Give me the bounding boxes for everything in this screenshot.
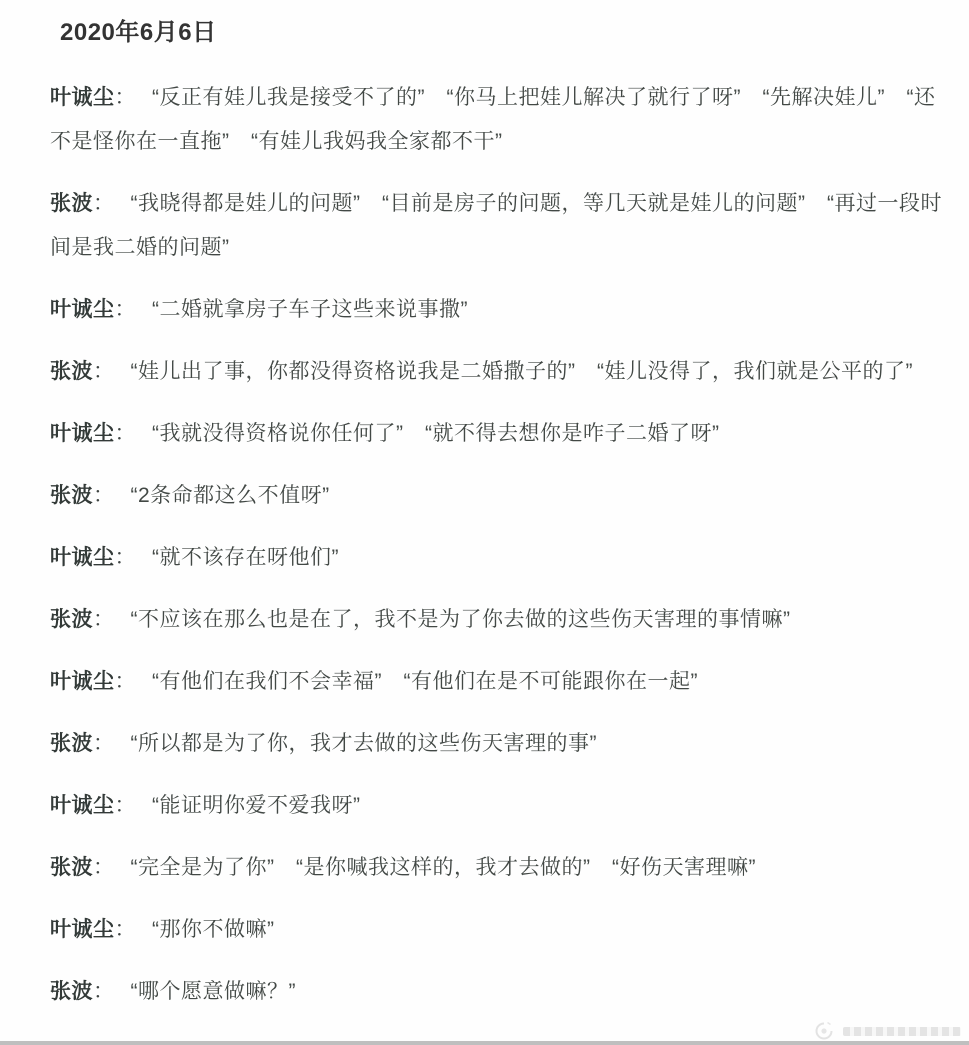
speaker-colon: ： xyxy=(93,192,115,215)
speaker-name: 张波 xyxy=(50,608,93,631)
quoted-speech: “2条命都这么不值呀” xyxy=(131,484,330,507)
speaker-colon: ： xyxy=(93,360,115,383)
quoted-speech: “所以都是为了你，我才去做的这些伤天害理的事” xyxy=(131,732,598,755)
quoted-speech: “能证明你爱不爱我呀” xyxy=(152,794,361,817)
dialogue-paragraph: 张波：“娃儿出了事，你都没得资格说我是二婚撒子的” “娃儿没得了，我们就是公平的… xyxy=(50,350,947,394)
quoted-speech: “就不该存在呀他们” xyxy=(152,546,339,569)
dialogue-paragraph: 张波：“完全是为了你” “是你喊我这样的，我才去做的” “好伤天害理嘛” xyxy=(50,846,947,890)
quoted-speech: “反正有娃儿我是接受不了的” “你马上把娃儿解决了就行了呀” “先解决娃儿” “… xyxy=(50,86,935,153)
quoted-speech: “我就没得资格说你任何了” “就不得去想你是咋子二婚了呀” xyxy=(152,422,719,445)
speaker-name: 张波 xyxy=(50,192,93,215)
dialogue-paragraph: 叶诚尘：“二婚就拿房子车子这些来说事撒” xyxy=(50,288,947,332)
dialogue-paragraph: 叶诚尘：“那你不做嘛” xyxy=(50,908,947,952)
speaker-colon: ： xyxy=(93,856,115,879)
speaker-colon: ： xyxy=(93,484,115,507)
dialogue-paragraph: 叶诚尘：“就不该存在呀他们” xyxy=(50,536,947,580)
speaker-colon: ： xyxy=(115,670,137,693)
watermark-text-illegible xyxy=(843,1027,961,1036)
speaker-name: 张波 xyxy=(50,360,93,383)
dialogue-list: 叶诚尘：“反正有娃儿我是接受不了的” “你马上把娃儿解决了就行了呀” “先解决娃… xyxy=(50,76,947,1014)
weibo-camera-icon xyxy=(813,1020,835,1042)
dialogue-paragraph: 叶诚尘：“反正有娃儿我是接受不了的” “你马上把娃儿解决了就行了呀” “先解决娃… xyxy=(50,76,947,164)
dialogue-paragraph: 张波：“我晓得都是娃儿的问题” “目前是房子的问题，等几天就是娃儿的问题” “再… xyxy=(50,182,947,270)
dialogue-paragraph: 张波：“2条命都这么不值呀” xyxy=(50,474,947,518)
speaker-colon: ： xyxy=(115,546,137,569)
dialogue-paragraph: 张波：“不应该在那么也是在了，我不是为了你去做的这些伤天害理的事情嘛” xyxy=(50,598,947,642)
quoted-speech: “完全是为了你” “是你喊我这样的，我才去做的” “好伤天害理嘛” xyxy=(131,856,756,879)
speaker-name: 叶诚尘 xyxy=(50,86,115,109)
speaker-colon: ： xyxy=(115,918,137,941)
speaker-name: 叶诚尘 xyxy=(50,422,115,445)
quoted-speech: “那你不做嘛” xyxy=(152,918,275,941)
speaker-name: 叶诚尘 xyxy=(50,918,115,941)
quoted-speech: “二婚就拿房子车子这些来说事撒” xyxy=(152,298,468,321)
speaker-name: 张波 xyxy=(50,484,93,507)
speaker-name: 叶诚尘 xyxy=(50,298,115,321)
watermark xyxy=(813,1020,961,1042)
document-page: 2020年6月6日 叶诚尘：“反正有娃儿我是接受不了的” “你马上把娃儿解决了就… xyxy=(0,0,969,1045)
dialogue-paragraph: 张波：“所以都是为了你，我才去做的这些伤天害理的事” xyxy=(50,722,947,766)
speaker-colon: ： xyxy=(115,298,137,321)
speaker-name: 张波 xyxy=(50,856,93,879)
speaker-colon: ： xyxy=(115,86,137,109)
speaker-name: 叶诚尘 xyxy=(50,670,115,693)
speaker-name: 张波 xyxy=(50,980,93,1003)
speaker-name: 张波 xyxy=(50,732,93,755)
quoted-speech: “哪个愿意做嘛？” xyxy=(131,980,297,1003)
bottom-edge-divider xyxy=(0,1041,969,1045)
dialogue-paragraph: 叶诚尘：“有他们在我们不会幸福” “有他们在是不可能跟你在一起” xyxy=(50,660,947,704)
dialogue-paragraph: 叶诚尘：“能证明你爱不爱我呀” xyxy=(50,784,947,828)
date-heading: 2020年6月6日 xyxy=(60,16,947,50)
speaker-name: 叶诚尘 xyxy=(50,546,115,569)
quoted-speech: “我晓得都是娃儿的问题” “目前是房子的问题，等几天就是娃儿的问题” “再过一段… xyxy=(50,192,942,259)
speaker-colon: ： xyxy=(93,608,115,631)
speaker-name: 叶诚尘 xyxy=(50,794,115,817)
quoted-speech: “娃儿出了事，你都没得资格说我是二婚撒子的” “娃儿没得了，我们就是公平的了” xyxy=(131,360,913,383)
speaker-colon: ： xyxy=(115,794,137,817)
quoted-speech: “不应该在那么也是在了，我不是为了你去做的这些伤天害理的事情嘛” xyxy=(131,608,791,631)
speaker-colon: ： xyxy=(115,422,137,445)
quoted-speech: “有他们在我们不会幸福” “有他们在是不可能跟你在一起” xyxy=(152,670,698,693)
dialogue-paragraph: 叶诚尘：“我就没得资格说你任何了” “就不得去想你是咋子二婚了呀” xyxy=(50,412,947,456)
speaker-colon: ： xyxy=(93,732,115,755)
document-content: 2020年6月6日 叶诚尘：“反正有娃儿我是接受不了的” “你马上把娃儿解决了就… xyxy=(0,0,969,1014)
dialogue-paragraph: 张波：“哪个愿意做嘛？” xyxy=(50,970,947,1014)
speaker-colon: ： xyxy=(93,980,115,1003)
